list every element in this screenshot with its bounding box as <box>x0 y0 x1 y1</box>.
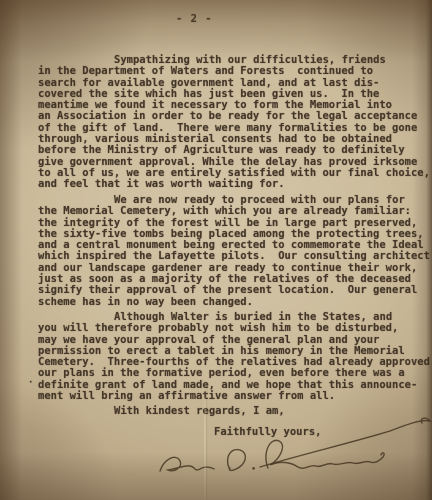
signature-handwritten <box>150 405 432 495</box>
paragraph-walter-tablet-request: Although Walter is buried in the States,… <box>38 312 432 402</box>
signature-surname-stroke <box>266 440 384 468</box>
letter-photo: - 2 - Sympathizing with our difficulties… <box>0 0 432 500</box>
signature-middle-initial-stroke <box>228 450 246 471</box>
paper-crease <box>204 386 206 500</box>
page-number: - 2 - <box>176 14 213 25</box>
letter-sheet: - 2 - Sympathizing with our difficulties… <box>0 0 432 500</box>
margin-mark: · <box>28 378 33 389</box>
paragraph-sympathizing: Sympathizing with our difficulties, frie… <box>38 55 432 191</box>
paragraph-memorial-cemetery-plans: We are now ready to proceed with our pla… <box>38 195 432 308</box>
signature-initial-dot <box>253 468 254 469</box>
signature-flourish-stroke <box>260 418 430 467</box>
